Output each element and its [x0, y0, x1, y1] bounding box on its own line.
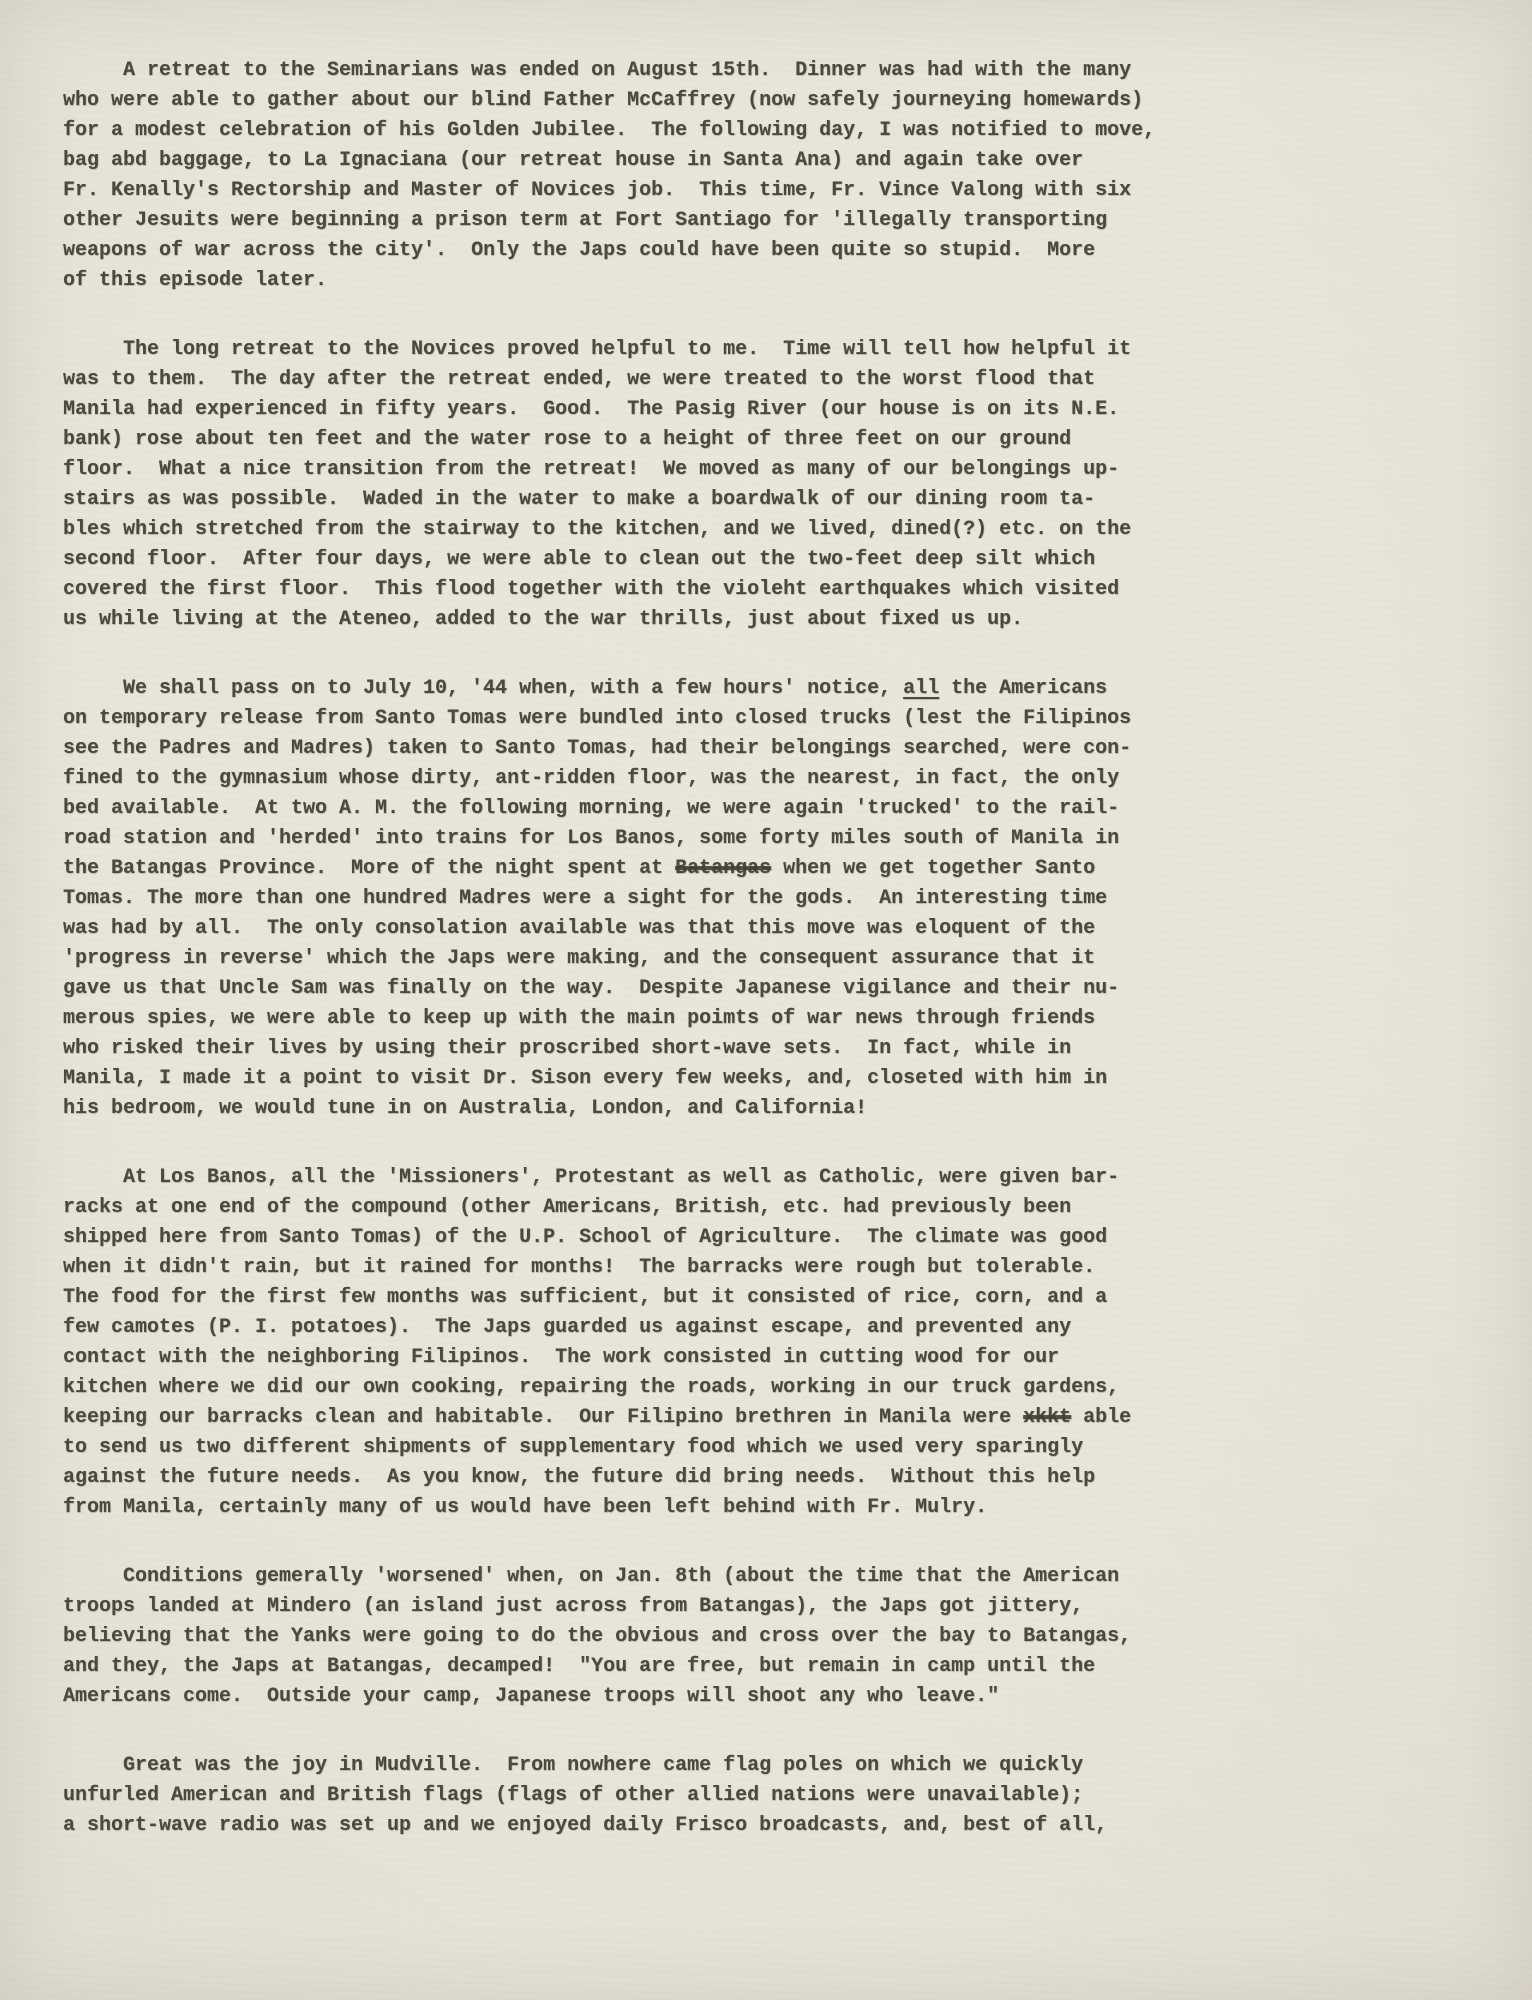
paragraph: Great was the joy in Mudville. From nowh…	[63, 1751, 1223, 1841]
text-line: covered the first floor. This flood toge…	[63, 575, 1223, 605]
text-line: shipped here from Santo Tomas) of the U.…	[63, 1223, 1223, 1253]
text-line: who risked their lives by using their pr…	[63, 1034, 1223, 1064]
text-line: A retreat to the Seminarians was ended o…	[63, 56, 1223, 86]
text-line: of this episode later.	[63, 266, 1223, 296]
text-line: on temporary release from Santo Tomas we…	[63, 704, 1223, 734]
text-line: stairs as was possible. Waded in the wat…	[63, 485, 1223, 515]
struck-out-text: Batangas	[675, 857, 771, 880]
text-line: bank) rose about ten feet and the water …	[63, 425, 1223, 455]
text-line: racks at one end of the compound (other …	[63, 1193, 1223, 1223]
paragraph: A retreat to the Seminarians was ended o…	[63, 56, 1223, 296]
text-line: bag abd baggage, to La Ignaciana (our re…	[63, 146, 1223, 176]
text-line: The food for the first few months was su…	[63, 1283, 1223, 1313]
text-line: second floor. After four days, we were a…	[63, 545, 1223, 575]
text-line: unfurled American and British flags (fla…	[63, 1781, 1223, 1811]
text-line: bed available. At two A. M. the followin…	[63, 794, 1223, 824]
text-line: floor. What a nice transition from the r…	[63, 455, 1223, 485]
text-line: to send us two different shipments of su…	[63, 1433, 1223, 1463]
text-line: was had by all. The only consolation ava…	[63, 914, 1223, 944]
text-line: his bedroom, we would tune in on Austral…	[63, 1094, 1223, 1124]
text-line: us while living at the Ateneo, added to …	[63, 605, 1223, 635]
text-line: who were able to gather about our blind …	[63, 86, 1223, 116]
text-line: gave us that Uncle Sam was finally on th…	[63, 974, 1223, 1004]
text-line: against the future needs. As you know, t…	[63, 1463, 1223, 1493]
paragraph: The long retreat to the Novices proved h…	[63, 335, 1223, 635]
text-line: At Los Banos, all the 'Missioners', Prot…	[63, 1163, 1223, 1193]
text-line: Great was the joy in Mudville. From nowh…	[63, 1751, 1223, 1781]
text-line: was to them. The day after the retreat e…	[63, 365, 1223, 395]
typewritten-text: A retreat to the Seminarians was ended o…	[63, 56, 1223, 1841]
text-line: fined to the gymnasium whose dirty, ant-…	[63, 764, 1223, 794]
text-line: the Batangas Province. More of the night…	[63, 854, 1223, 884]
text-line: Manila, I made it a point to visit Dr. S…	[63, 1064, 1223, 1094]
text-line: see the Padres and Madres) taken to Sant…	[63, 734, 1223, 764]
paragraph: At Los Banos, all the 'Missioners', Prot…	[63, 1163, 1223, 1523]
text-line: keeping our barracks clean and habitable…	[63, 1403, 1223, 1433]
text-line: kitchen where we did our own cooking, re…	[63, 1373, 1223, 1403]
text-line: and they, the Japs at Batangas, decamped…	[63, 1652, 1223, 1682]
document-page: A retreat to the Seminarians was ended o…	[0, 0, 1532, 2000]
text-line: 'progress in reverse' which the Japs wer…	[63, 944, 1223, 974]
text-line: We shall pass on to July 10, '44 when, w…	[63, 674, 1223, 704]
text-line: Manila had experienced in fifty years. G…	[63, 395, 1223, 425]
text-line: The long retreat to the Novices proved h…	[63, 335, 1223, 365]
text-line: believing that the Yanks were going to d…	[63, 1622, 1223, 1652]
text-line: Fr. Kenally's Rectorship and Master of N…	[63, 176, 1223, 206]
text-line: Americans come. Outside your camp, Japan…	[63, 1682, 1223, 1712]
text-line: contact with the neighboring Filipinos. …	[63, 1343, 1223, 1373]
text-line: few camotes (P. I. potatoes). The Japs g…	[63, 1313, 1223, 1343]
text-line: from Manila, certainly many of us would …	[63, 1493, 1223, 1523]
text-line: weapons of war across the city'. Only th…	[63, 236, 1223, 266]
text-line: troops landed at Mindero (an island just…	[63, 1592, 1223, 1622]
struck-out-text: xkkt	[1023, 1406, 1071, 1429]
text-line: other Jesuits were beginning a prison te…	[63, 206, 1223, 236]
underlined-text: all	[903, 677, 939, 700]
text-line: when it didn't rain, but it rained for m…	[63, 1253, 1223, 1283]
text-line: merous spies, we were able to keep up wi…	[63, 1004, 1223, 1034]
text-line: Conditions gemerally 'worsened' when, on…	[63, 1562, 1223, 1592]
text-line: bles which stretched from the stairway t…	[63, 515, 1223, 545]
paragraph: Conditions gemerally 'worsened' when, on…	[63, 1562, 1223, 1712]
text-line: a short-wave radio was set up and we enj…	[63, 1811, 1223, 1841]
text-line: road station and 'herded' into trains fo…	[63, 824, 1223, 854]
paragraph: We shall pass on to July 10, '44 when, w…	[63, 674, 1223, 1124]
text-line: Tomas. The more than one hundred Madres …	[63, 884, 1223, 914]
text-line: for a modest celebration of his Golden J…	[63, 116, 1223, 146]
